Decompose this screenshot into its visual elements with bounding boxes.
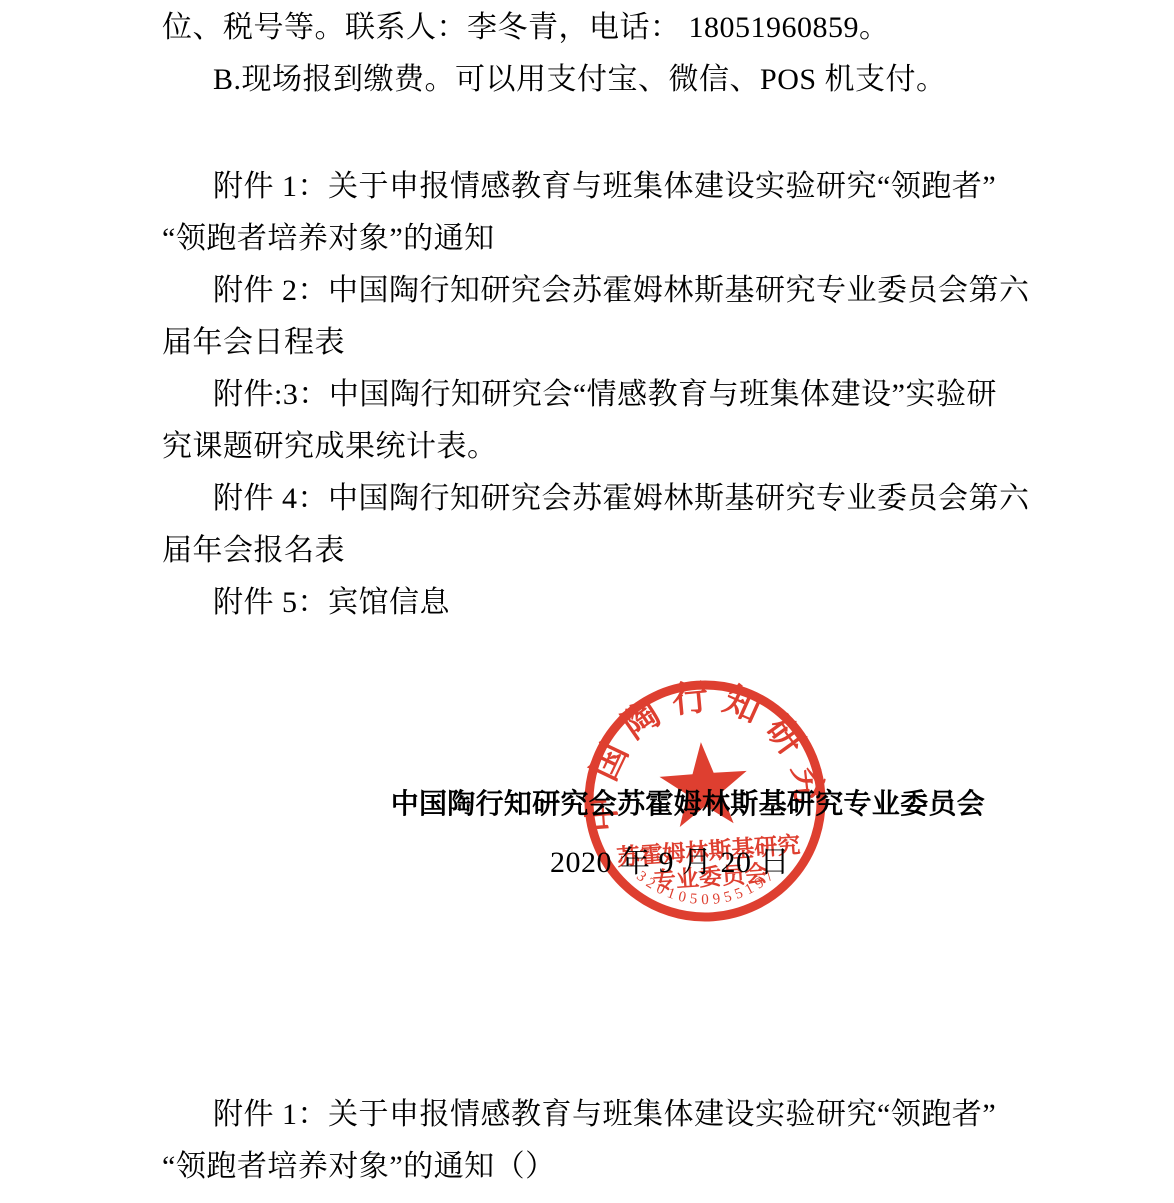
- document-line: 附件 1：关于申报情感教育与班集体建设实验研究“领跑者”: [162, 161, 1174, 213]
- document-line: 附件 1：关于申报情感教育与班集体建设实验研究“领跑者”: [162, 1089, 1174, 1141]
- document-page: 中国陶行知研究会 苏霍姆林斯基研究 专业委员会 3201050955197 位、…: [0, 0, 1174, 1203]
- document-line: 届年会日程表: [162, 317, 1174, 369]
- document-line: 究课题研究成果统计表。: [162, 421, 1174, 473]
- document-line: B.现场报到缴费。可以用支付宝、微信、POS 机支付。: [162, 54, 1174, 106]
- document-line: 2020 年 9 月 20 日: [162, 837, 1174, 889]
- document-line: 附件 2：中国陶行知研究会苏霍姆林斯基研究专业委员会第六: [162, 265, 1174, 317]
- document-line: 附件 4：中国陶行知研究会苏霍姆林斯基研究专业委员会第六: [162, 473, 1174, 525]
- document-body: 位、税号等。联系人：李冬青，电话： 18051960859。B.现场报到缴费。可…: [0, 0, 1174, 1193]
- document-line: “领跑者培养对象”的通知: [162, 213, 1174, 265]
- document-line: “领跑者培养对象”的通知（）: [162, 1141, 1174, 1193]
- document-line: 位、税号等。联系人：李冬青，电话： 18051960859。: [162, 2, 1174, 54]
- document-line: 附件:3：中国陶行知研究会“情感教育与班集体建设”实验研: [162, 369, 1174, 421]
- document-line: 届年会报名表: [162, 525, 1174, 577]
- document-line: 中国陶行知研究会苏霍姆林斯基研究专业委员会: [162, 779, 1174, 831]
- document-line: 附件 5：宾馆信息: [162, 577, 1174, 629]
